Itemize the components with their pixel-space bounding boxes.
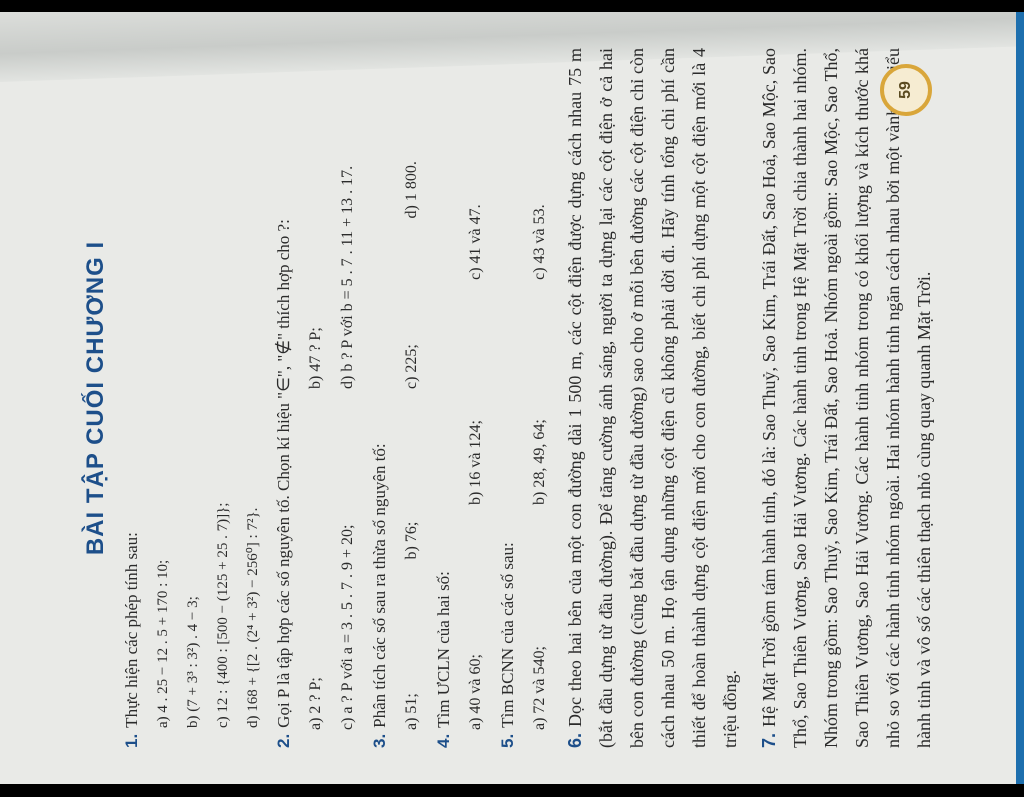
exercise-item: a) 40 và 60; <box>460 505 492 730</box>
exercise-item: b) 47 ? P; <box>300 48 332 389</box>
exercise-4: 4.Tìm ƯCLN của hai số: a) 40 và 60; b) 1… <box>428 48 492 748</box>
exercise-item: b) 76; <box>396 389 428 560</box>
exercise-items: a) 2 ? P; b) 47 ? P; <box>300 48 332 748</box>
exercise-number: 5. <box>498 734 517 748</box>
exercise-items: a) 40 và 60; b) 16 và 124; c) 41 và 47. <box>460 48 492 748</box>
exercise-2: 2.Gọi P là tập hợp các số nguyên tố. Chọ… <box>268 48 364 748</box>
exercise-item: a) 72 và 540; <box>524 505 556 730</box>
textbook-page: BÀI TẬP CUỐI CHƯƠNG I 1.Thực hiện các ph… <box>72 28 952 768</box>
exercise-number: 4. <box>434 734 453 748</box>
exercise-title: Phân tích các số sau ra thừa số nguyên t… <box>370 443 389 727</box>
exercise-number: 3. <box>370 734 389 748</box>
exercise-item: c) 41 và 47. <box>460 55 492 280</box>
exercise-number: 6. <box>565 733 585 748</box>
exercise-number: 1. <box>122 734 141 748</box>
exercise-text: Dọc theo hai bên của một con đường dài 1… <box>565 48 740 748</box>
exercise-item: a) 4 . 25 − 12 . 5 + 170 : 10; <box>148 48 178 728</box>
exercise-item: a) 2 ? P; <box>300 389 332 730</box>
exercise-7: 7.Hệ Mặt Trời gồm tám hành tinh, đó là: … <box>754 48 940 748</box>
exercise-items: a) 51; b) 76; c) 225; d) 1 800. <box>396 48 428 748</box>
textbook-photo: BÀI TẬP CUỐI CHƯƠNG I 1.Thực hiện các ph… <box>0 12 1024 784</box>
exercise-text: Hệ Mặt Trời gồm tám hành tinh, đó là: Sa… <box>759 48 934 748</box>
book-spine <box>1016 12 1024 784</box>
exercise-item: c) a ? P với a = 3 . 5 . 7 . 9 + 20; <box>332 389 364 730</box>
exercise-item: c) 43 và 53. <box>524 55 556 280</box>
exercise-title: Gọi P là tập hợp các số nguyên tố. Chọn … <box>274 219 293 728</box>
exercise-item: b) 16 và 124; <box>460 280 492 505</box>
exercise-3: 3.Phân tích các số sau ra thừa số nguyên… <box>364 48 428 748</box>
exercise-item: d) b ? P với b = 5 . 7 . 11 + 13 . 17. <box>332 48 364 389</box>
page-heading: BÀI TẬP CUỐI CHƯƠNG I <box>82 48 110 748</box>
exercise-item: d) 168 + {[2 . (2⁴ + 3²) − 256⁰] : 7²}. <box>238 48 268 728</box>
page-number-badge: 59 <box>880 64 932 116</box>
exercise-5: 5.Tìm BCNN của các số sau: a) 72 và 540;… <box>492 48 556 748</box>
exercise-items: c) a ? P với a = 3 . 5 . 7 . 9 + 20; d) … <box>332 48 364 748</box>
exercise-number: 2. <box>274 734 293 748</box>
exercise-1: 1.Thực hiện các phép tính sau: a) 4 . 25… <box>116 48 268 748</box>
exercise-item: a) 51; <box>396 560 428 731</box>
exercise-items: a) 4 . 25 − 12 . 5 + 170 : 10; b) (7 + 3… <box>148 48 268 748</box>
exercise-number: 7. <box>759 733 779 748</box>
exercise-title: Tìm BCNN của các số sau: <box>498 542 517 728</box>
exercise-item: d) 1 800. <box>396 48 428 219</box>
exercise-title: Thực hiện các phép tính sau: <box>122 532 141 728</box>
exercise-6: 6.Dọc theo hai bên của một con đường dài… <box>560 48 746 748</box>
exercise-item: b) 28, 49, 64; <box>524 280 556 505</box>
exercise-items: a) 72 và 540; b) 28, 49, 64; c) 43 và 53… <box>524 48 556 748</box>
exercise-title: Tìm ƯCLN của hai số: <box>434 571 453 728</box>
exercise-item: b) (7 + 3³ : 3²) . 4 − 3; <box>178 48 208 728</box>
exercise-item: c) 225; <box>396 219 428 390</box>
exercise-item: c) 12 : {400 : [500 − (125 + 25 . 7)]}; <box>208 48 238 728</box>
